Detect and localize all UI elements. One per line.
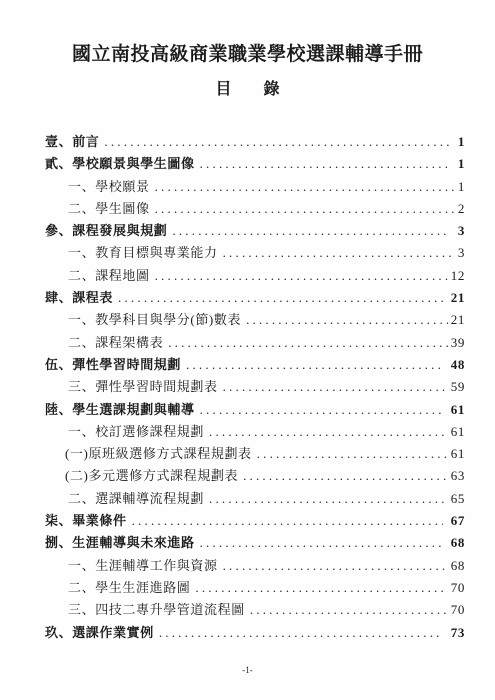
toc-entry: (一)原班級選修方式課程規劃表 ........................… <box>45 443 465 465</box>
toc-entry: 一、教育目標與專業能力 ............................… <box>45 242 465 264</box>
toc-entry-label: 二、選課輔導流程規劃 <box>68 488 204 507</box>
toc-entry: 捌、生涯輔導與未來進路 ............................… <box>45 532 465 554</box>
toc-leader-dots: ........................................… <box>209 491 448 507</box>
toc-entry: 一、學校願景 .................................… <box>45 176 465 198</box>
toc-entry: 三、四技二專升學管道流程圖 ..........................… <box>45 599 465 621</box>
toc-entry-page: 39 <box>448 335 465 351</box>
toc-heading: 目 錄 <box>0 80 495 100</box>
toc-entry-label: 一、教學科目與學分(節)數表 <box>68 309 241 328</box>
toc-leader-dots: ........................................… <box>200 156 450 172</box>
toc-leader-dots: ........................................… <box>118 290 443 306</box>
toc-entry-page: 21 <box>448 312 465 328</box>
toc-entry-label: 一、生涯輔導工作與資源 <box>68 555 218 574</box>
toc-entry-label: (一)原班級選修方式課程規劃表 <box>65 443 252 462</box>
toc-entry: 二、課程架構表 ................................… <box>45 332 465 354</box>
toc-leader-dots: ........................................… <box>159 625 443 641</box>
toc-entry-page: 59 <box>448 379 465 395</box>
toc-entry: 陸、學生選課規劃與輔導 ............................… <box>45 399 465 421</box>
toc-entry-label: 參、課程發展與規劃 <box>45 220 167 239</box>
toc-entry: 二、學生生涯進路圖 ..............................… <box>45 577 465 599</box>
toc-entry-label: 二、學生圖像 <box>68 198 150 217</box>
page-footer-number: -1- <box>0 665 495 675</box>
toc-entry-page: 12 <box>448 268 465 284</box>
toc-entry-page: 1 <box>450 134 465 150</box>
toc-entry-label: (二)多元選修方式課程規劃表 <box>65 465 238 484</box>
toc-entry-page: 70 <box>448 580 465 596</box>
toc-entry-label: 貳、學校願景與學生圖像 <box>45 153 195 172</box>
toc-entry: 三、彈性學習時間規劃表 ............................… <box>45 376 465 398</box>
toc-entry: 二、選課輔導流程規劃 .............................… <box>45 488 465 510</box>
toc-entry-label: 二、課程地圖 <box>68 265 150 284</box>
toc-leader-dots: ........................................… <box>195 580 447 596</box>
toc-leader-dots: ........................................… <box>223 379 448 395</box>
toc-entry: 壹、前言 ...................................… <box>45 131 465 153</box>
toc-leader-dots: ........................................… <box>168 335 448 351</box>
toc-entry-page: 3 <box>455 245 465 261</box>
toc-entry: 一、教學科目與學分(節)數表 .........................… <box>45 309 465 331</box>
toc-entry-page: 48 <box>443 357 465 373</box>
toc-entry: 二、學生圖像 .................................… <box>45 198 465 220</box>
toc-leader-dots: ........................................… <box>223 245 455 261</box>
toc-entry-label: 壹、前言 <box>45 131 99 150</box>
toc-entry: 玖、選課作業實例 ...............................… <box>45 622 465 644</box>
toc-leader-dots: ........................................… <box>250 602 448 618</box>
toc-entry-page: 68 <box>448 558 465 574</box>
toc-entry-page: 2 <box>455 201 465 217</box>
toc-entry-label: 玖、選課作業實例 <box>45 622 154 641</box>
toc-leader-dots: ........................................… <box>186 357 443 373</box>
document-page: 國立南投高級商業職業學校選課輔導手冊 目 錄 壹、前言 ............… <box>0 0 495 700</box>
toc-leader-dots: ........................................… <box>200 535 443 551</box>
toc-entry-label: 捌、生涯輔導與未來進路 <box>45 532 195 551</box>
toc-entry-page: 61 <box>448 446 465 462</box>
toc-entry: 伍、彈性學習時間規劃 .............................… <box>45 354 465 376</box>
toc-entry-page: 1 <box>455 179 465 195</box>
toc-entry-page: 68 <box>443 535 465 551</box>
toc-entry-page: 67 <box>443 513 465 529</box>
toc-entry-page: 61 <box>448 424 465 440</box>
document-title: 國立南投高級商業職業學校選課輔導手冊 <box>0 0 495 67</box>
toc-entry-label: 伍、彈性學習時間規劃 <box>45 354 181 373</box>
toc-entry: 貳、學校願景與學生圖像 ............................… <box>45 153 465 175</box>
toc-entry-page: 65 <box>448 491 465 507</box>
toc-entry-page: 70 <box>448 602 465 618</box>
toc-list: 壹、前言 ...................................… <box>0 131 495 644</box>
toc-leader-dots: ........................................… <box>243 468 448 484</box>
toc-leader-dots: ........................................… <box>246 312 448 328</box>
toc-entry: 一、校訂選修課程規劃 .............................… <box>45 421 465 443</box>
toc-entry: 二、課程地圖 .................................… <box>45 265 465 287</box>
toc-entry-page: 21 <box>443 290 465 306</box>
toc-entry-label: 三、四技二專升學管道流程圖 <box>68 599 245 618</box>
toc-entry-label: 一、學校願景 <box>68 176 150 195</box>
toc-leader-dots: ........................................… <box>172 223 449 239</box>
toc-entry-label: 三、彈性學習時間規劃表 <box>68 376 218 395</box>
toc-entry: (二)多元選修方式課程規劃表 .........................… <box>45 465 465 487</box>
toc-entry-label: 肆、課程表 <box>45 287 113 306</box>
toc-entry-page: 63 <box>448 468 465 484</box>
toc-entry-label: 一、校訂選修課程規劃 <box>68 421 204 440</box>
toc-entry-page: 3 <box>450 223 465 239</box>
toc-entry: 柒、畢業條件 .................................… <box>45 510 465 532</box>
toc-entry-label: 二、課程架構表 <box>68 332 163 351</box>
toc-leader-dots: ........................................… <box>132 513 443 529</box>
toc-leader-dots: ........................................… <box>104 134 449 150</box>
toc-entry: 肆、課程表 ..................................… <box>45 287 465 309</box>
toc-leader-dots: ........................................… <box>155 201 455 217</box>
toc-entry-page: 73 <box>443 625 465 641</box>
toc-leader-dots: ........................................… <box>209 424 448 440</box>
toc-leader-dots: ........................................… <box>155 179 455 195</box>
toc-leader-dots: ........................................… <box>223 558 448 574</box>
toc-entry: 一、生涯輔導工作與資源 ............................… <box>45 555 465 577</box>
toc-entry-label: 二、學生生涯進路圖 <box>68 577 190 596</box>
toc-entry-label: 陸、學生選課規劃與輔導 <box>45 399 195 418</box>
toc-entry-label: 一、教育目標與專業能力 <box>68 242 218 261</box>
toc-entry-page: 61 <box>443 402 465 418</box>
toc-entry-page: 1 <box>450 156 465 172</box>
toc-entry: 參、課程發展與規劃 ..............................… <box>45 220 465 242</box>
toc-entry-label: 柒、畢業條件 <box>45 510 127 529</box>
toc-leader-dots: ........................................… <box>200 402 443 418</box>
toc-leader-dots: ........................................… <box>155 268 448 284</box>
toc-leader-dots: ........................................… <box>257 446 448 462</box>
